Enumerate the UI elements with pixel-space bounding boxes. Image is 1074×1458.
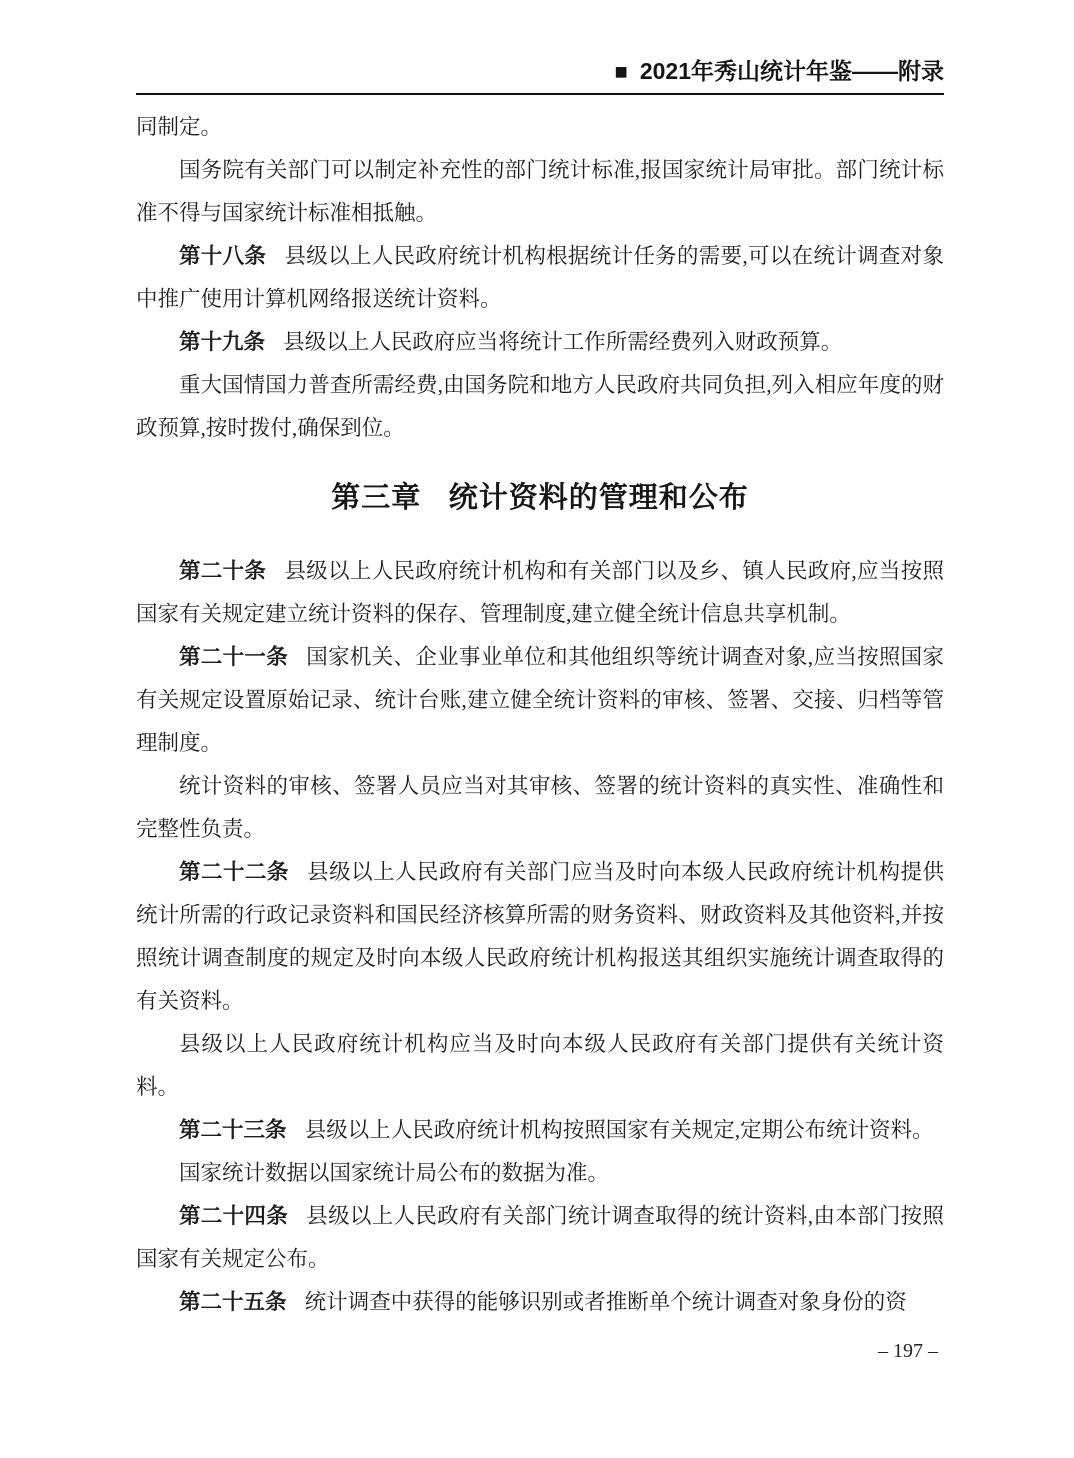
paragraph-text: 重大国情国力普查所需经费,由国务院和地方人民政府共同负担,列入相应年度的财政预算… — [136, 373, 944, 440]
paragraph: 第二十二条县级以上人民政府有关部门应当及时向本级人民政府统计机构提供统计所需的行… — [136, 851, 944, 1023]
paragraph: 第十九条县级以上人民政府应当将统计工作所需经费列入财政预算。 — [136, 321, 944, 364]
paragraph-text: 县级以上人民政府应当将统计工作所需经费列入财政预算。 — [283, 330, 842, 354]
paragraph: 第二十一条国家机关、企业事业单位和其他组织等统计调查对象,应当按照国家有关规定设… — [136, 636, 944, 765]
page-header: ■ 2021年秀山统计年鉴——附录 — [136, 0, 944, 95]
article-number: 第二十二条 — [179, 860, 289, 884]
chapter-number: 第三章 — [331, 482, 421, 514]
paragraph-text: 统计调查中获得的能够识别或者推断单个统计调查对象身份的资 — [305, 1290, 907, 1314]
article-number: 第二十五条 — [179, 1290, 287, 1314]
chapter-name: 统计资料的管理和公布 — [449, 482, 749, 514]
article-number: 第十九条 — [179, 330, 265, 354]
article-number: 第二十三条 — [179, 1118, 287, 1142]
page-number: – 197 – — [878, 1340, 938, 1362]
article-number: 第十八条 — [179, 244, 266, 268]
paragraph: 重大国情国力普查所需经费,由国务院和地方人民政府共同负担,列入相应年度的财政预算… — [136, 364, 944, 450]
paragraph-text: 县级以上人民政府统计机构按照国家有关规定,定期公布统计资料。 — [305, 1118, 934, 1142]
page: ■ 2021年秀山统计年鉴——附录 同制定。 国务院有关部门可以制定补充性的部门… — [0, 0, 1074, 1458]
paragraph: 统计资料的审核、签署人员应当对其审核、签署的统计资料的真实性、准确性和完整性负责… — [136, 765, 944, 851]
page-footer: – 197 – — [136, 1337, 944, 1365]
paragraph: 同制定。 — [136, 106, 944, 149]
paragraph: 第二十四条县级以上人民政府有关部门统计调查取得的统计资料,由本部门按照国家有关规… — [136, 1195, 944, 1281]
paragraph: 第二十五条统计调查中获得的能够识别或者推断单个统计调查对象身份的资 — [136, 1281, 944, 1324]
chapter-title: 第三章统计资料的管理和公布 — [136, 476, 944, 520]
section-marker-icon: ■ — [615, 61, 628, 83]
paragraph: 县级以上人民政府统计机构应当及时向本级人民政府有关部门提供有关统计资料。 — [136, 1023, 944, 1109]
paragraph: 第二十三条县级以上人民政府统计机构按照国家有关规定,定期公布统计资料。 — [136, 1109, 944, 1152]
header-title: 2021年秀山统计年鉴——附录 — [640, 56, 944, 86]
content-column: ■ 2021年秀山统计年鉴——附录 同制定。 国务院有关部门可以制定补充性的部门… — [0, 0, 1074, 1365]
paragraph: 国家统计数据以国家统计局公布的数据为准。 — [136, 1152, 944, 1195]
paragraph-text: 统计资料的审核、签署人员应当对其审核、签署的统计资料的真实性、准确性和完整性负责… — [136, 774, 944, 841]
article-number: 第二十四条 — [179, 1204, 288, 1228]
paragraph: 第二十条县级以上人民政府统计机构和有关部门以及乡、镇人民政府,应当按照国家有关规… — [136, 550, 944, 636]
document-body: 同制定。 国务院有关部门可以制定补充性的部门统计标准,报国家统计局审批。部门统计… — [136, 106, 944, 1324]
paragraph-text: 国务院有关部门可以制定补充性的部门统计标准,报国家统计局审批。部门统计标准不得与… — [136, 158, 944, 225]
paragraph: 第十八条县级以上人民政府统计机构根据统计任务的需要,可以在统计调查对象中推广使用… — [136, 235, 944, 321]
article-number: 第二十条 — [179, 559, 266, 583]
paragraph: 国务院有关部门可以制定补充性的部门统计标准,报国家统计局审批。部门统计标准不得与… — [136, 149, 944, 235]
paragraph-text: 国家统计数据以国家统计局公布的数据为准。 — [179, 1161, 609, 1185]
paragraph-text: 县级以上人民政府统计机构应当及时向本级人民政府有关部门提供有关统计资料。 — [136, 1032, 944, 1099]
paragraph-text: 同制定。 — [136, 115, 222, 139]
article-number: 第二十一条 — [179, 645, 288, 669]
